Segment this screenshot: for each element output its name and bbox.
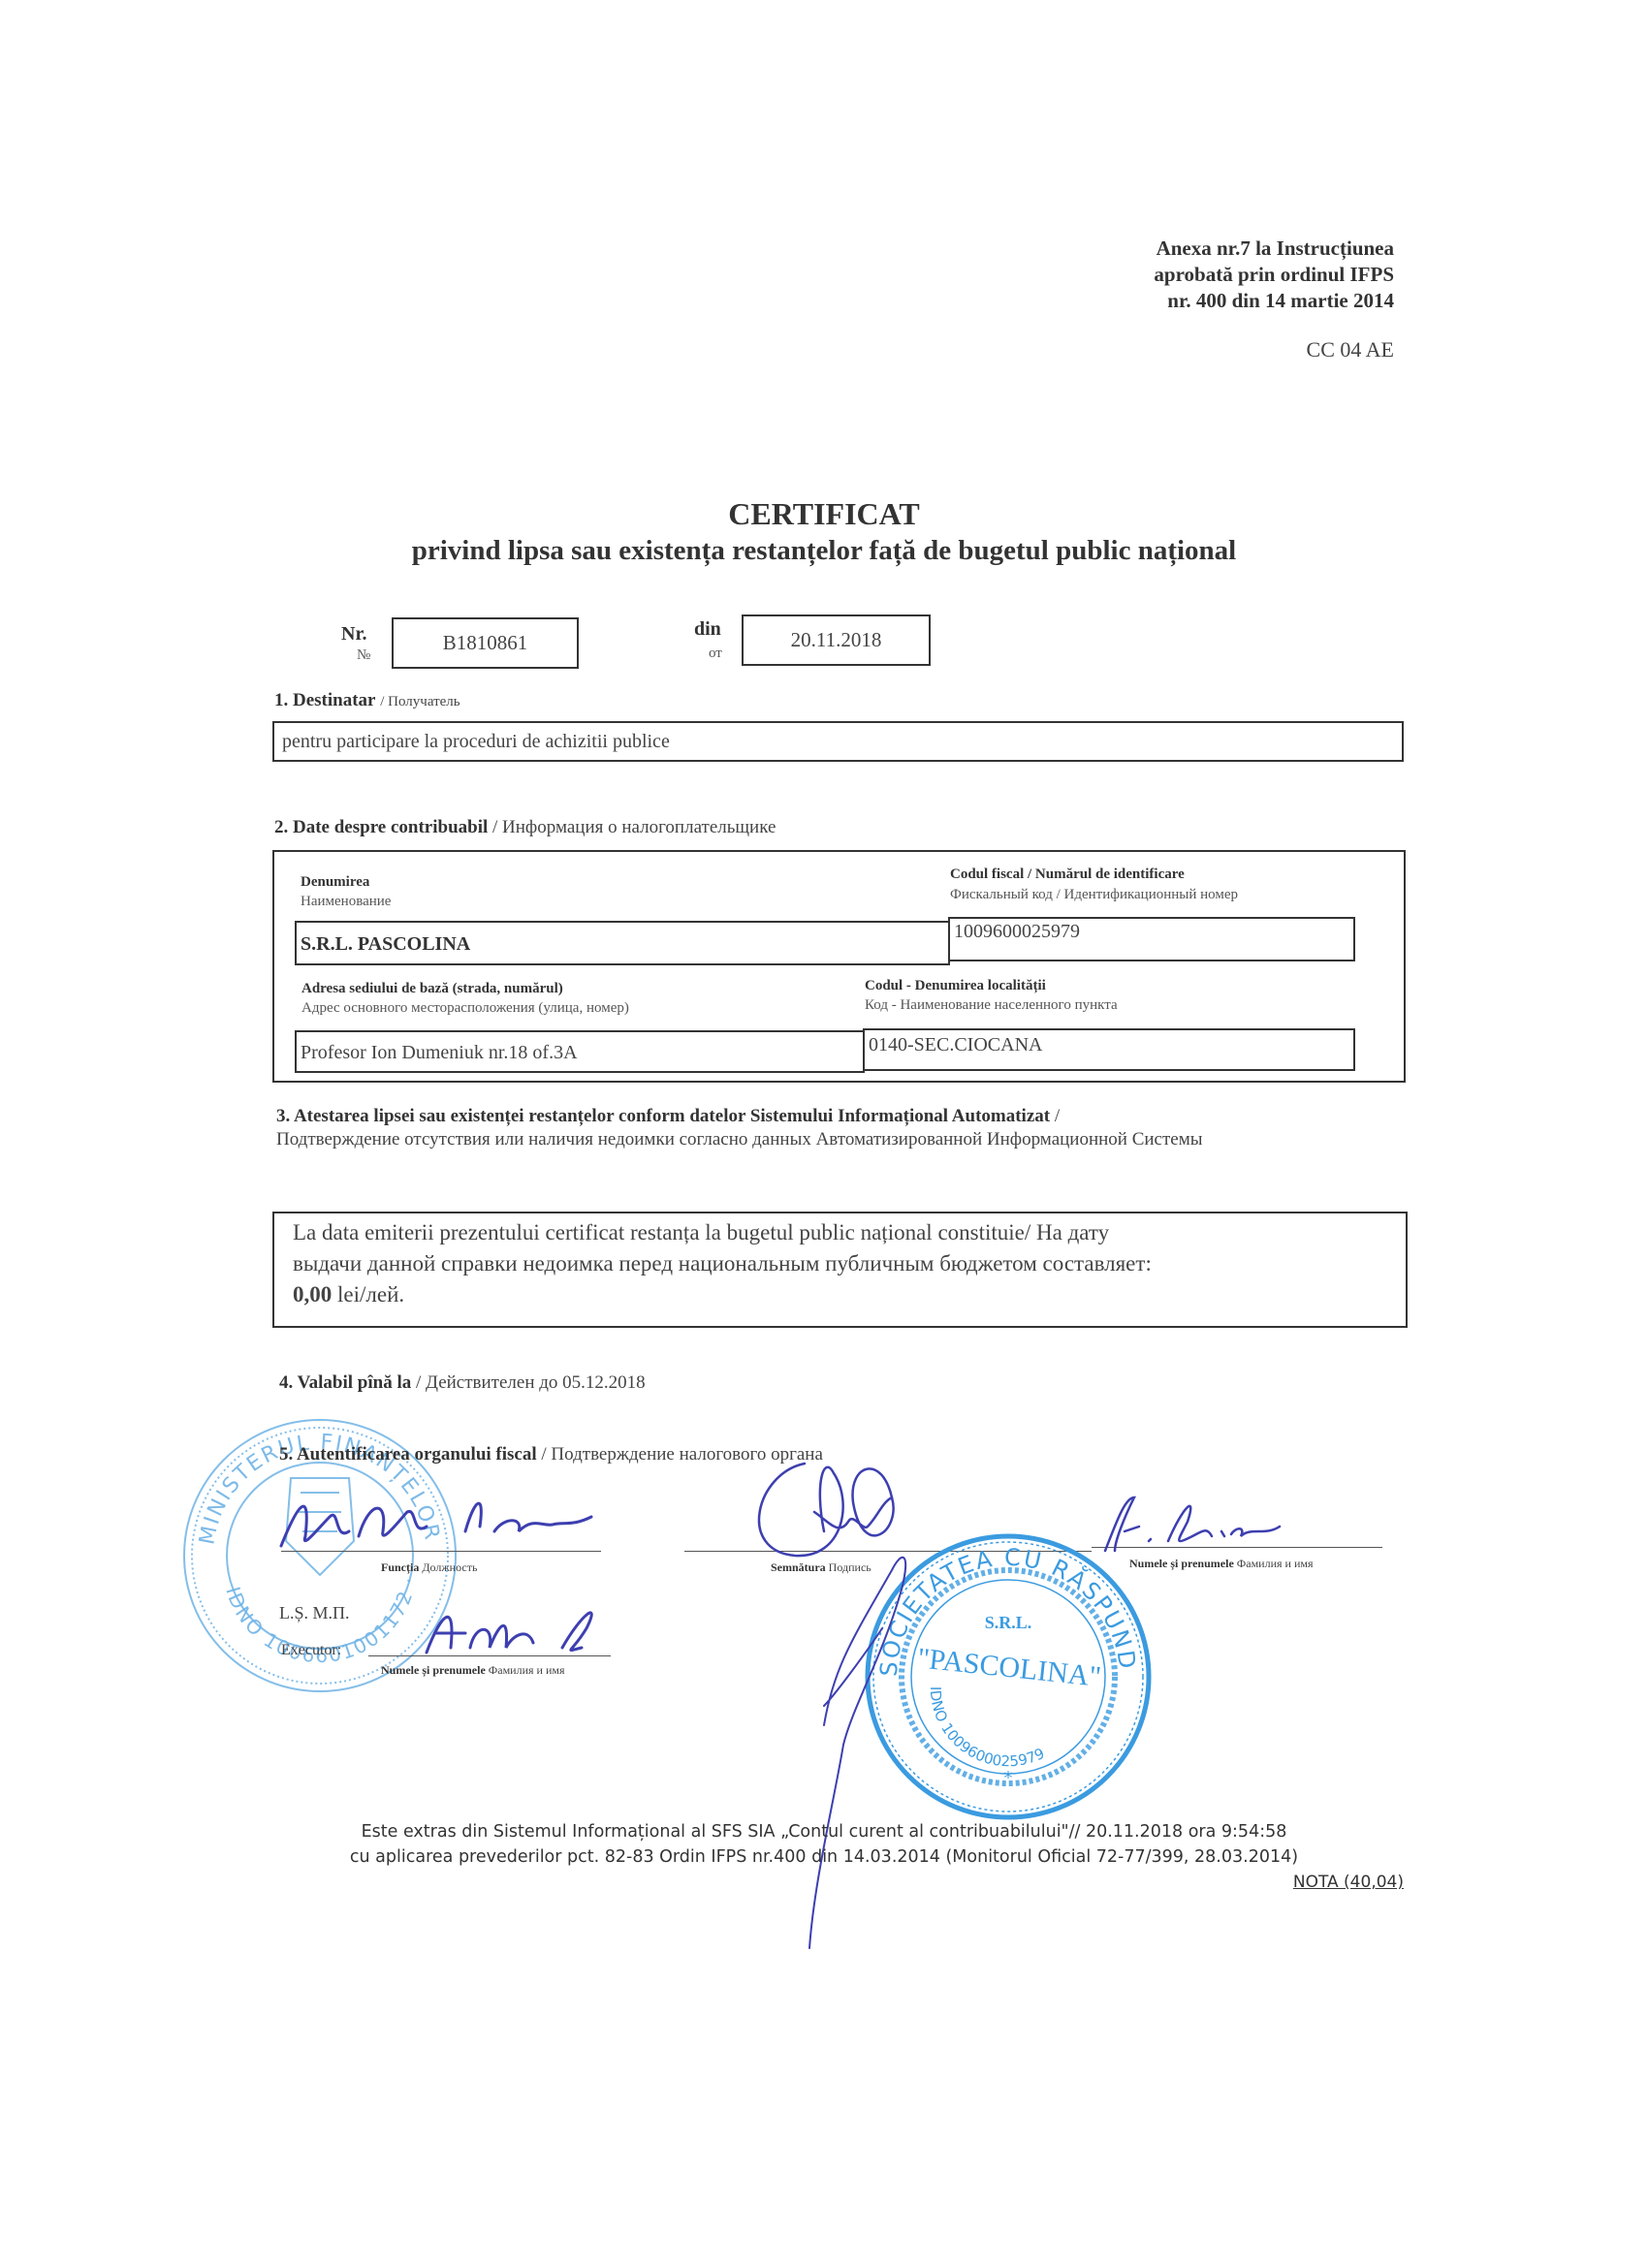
- footer-line-2: cu aplicarea prevederilor pct. 82-83 Ord…: [0, 1847, 1648, 1867]
- company-stamp-signature: [795, 1512, 950, 1958]
- section-2-title: 2. Date despre contribuabil: [274, 817, 488, 837]
- locality-box: 0140-SEC.CIOCANA: [863, 1028, 1355, 1071]
- locality-value: 0140-SEC.CIOCANA: [865, 1030, 1353, 1059]
- locality-label-ru: Код - Наименование населенного пункта: [865, 997, 1118, 1014]
- section-2-heading: 2. Date despre contribuabil / Информация…: [274, 817, 776, 838]
- arrears-amount: 0,00: [293, 1282, 332, 1307]
- certificate-date: 20.11.2018: [744, 616, 929, 664]
- section-1-heading: 1. Destinatar / Получатель: [274, 690, 460, 711]
- recipient-box: pentru participare la proceduri de achiz…: [272, 721, 1404, 762]
- arrears-statement-box: La data emiterii prezentului certificat …: [272, 1212, 1408, 1328]
- fiscal-code-value: 1009600025979: [950, 919, 1353, 944]
- arrears-statement: La data emiterii prezentului certificat …: [274, 1213, 1406, 1310]
- function-label-ru: Должность: [422, 1560, 477, 1574]
- document-subtitle: privind lipsa sau existența restanțelor …: [0, 535, 1648, 567]
- function-label: Funcția: [381, 1560, 419, 1574]
- name-label: Denumirea: [301, 874, 369, 891]
- section-3-title-ru: Подтверждение отсутствия или наличия нед…: [276, 1129, 1203, 1150]
- nota-reference: NOTA (40,04): [1293, 1873, 1404, 1892]
- address-label: Adresa sediului de bază (strada, numărul…: [301, 981, 563, 997]
- ls-label: L.Ș. М.П.: [279, 1603, 350, 1623]
- annex-line: nr. 400 din 14 martie 2014: [1154, 288, 1394, 314]
- section-4-heading: 4. Valabil pînă la / Действителен до 05.…: [279, 1372, 646, 1394]
- svg-text:*: *: [1004, 1768, 1013, 1788]
- svg-text:S.R.L.: S.R.L.: [985, 1613, 1032, 1632]
- valid-until: / Действителен до 05.12.2018: [416, 1372, 646, 1393]
- name-label-ru: Наименование: [301, 894, 391, 910]
- section-5-title: 5. Autentificarea organului fiscal: [279, 1444, 537, 1465]
- form-code: CC 04 AE: [1307, 337, 1394, 362]
- section-3-heading: 3. Atestarea lipsei sau existenței resta…: [276, 1105, 1420, 1151]
- arrears-currency: lei/лей.: [332, 1282, 404, 1307]
- annex-line: Anexa nr.7 la Instrucțiunea: [1154, 236, 1394, 262]
- address-value: Profesor Ion Dumeniuk nr.18 of.3A: [297, 1032, 863, 1073]
- fiscal-code-label: Codul fiscal / Numărul de identificare: [950, 866, 1185, 883]
- section-3-title: 3. Atestarea lipsei sau existenței resta…: [276, 1106, 1050, 1126]
- number-label: Nr.: [341, 623, 366, 646]
- executor-name-label-ru: Фамилия и имя: [489, 1663, 565, 1677]
- section-4-title: 4. Valabil pînă la: [279, 1372, 411, 1393]
- footer-line-1: Este extras din Sistemul Informațional a…: [0, 1822, 1648, 1842]
- annex-line: aprobată prin ordinul IFPS: [1154, 262, 1394, 288]
- section-3-sep: /: [1050, 1106, 1060, 1126]
- function-caption: Funcția Должность: [381, 1560, 477, 1575]
- section-5-heading: 5. Autentificarea organului fiscal / Под…: [279, 1444, 823, 1465]
- statement-line-1: La data emiterii prezentului certificat …: [293, 1217, 1406, 1248]
- executor-name-label: Numele și prenumele: [381, 1663, 486, 1677]
- fiscal-code-label-ru: Фискальный код / Идентификационный номер: [950, 887, 1238, 903]
- taxpayer-name: S.R.L. PASCOLINA: [297, 923, 948, 965]
- section-2-title-ru: / Информация о налогоплательщике: [492, 817, 776, 837]
- executor-name-caption: Numele și prenumele Фамилия и имя: [381, 1663, 564, 1678]
- section-1-title: 1. Destinatar: [274, 690, 375, 710]
- statement-line-2: выдачи данной справки недоимка перед нац…: [293, 1248, 1406, 1279]
- address-label-ru: Адрес основного месторасположения (улица…: [301, 1000, 629, 1017]
- fiscal-code-box: 1009600025979: [948, 917, 1355, 961]
- section-1-title-ru: / Получатель: [380, 694, 460, 709]
- certificate-number: B1810861: [394, 619, 577, 667]
- executor-label: Executor:: [281, 1642, 341, 1659]
- annex-reference: Anexa nr.7 la Instrucțiunea aprobată pri…: [1154, 236, 1394, 314]
- statement-line-3: 0,00 lei/лей.: [293, 1279, 1406, 1310]
- name-box: S.R.L. PASCOLINA: [295, 921, 950, 965]
- number-box: B1810861: [392, 617, 579, 669]
- recipient-value: pentru participare la proceduri de achiz…: [274, 723, 1402, 760]
- address-box: Profesor Ion Dumeniuk nr.18 of.3A: [295, 1030, 865, 1073]
- number-label-ru: №: [357, 647, 370, 664]
- executor-signature: [417, 1594, 611, 1662]
- date-label-ru: от: [709, 646, 722, 662]
- date-box: 20.11.2018: [742, 614, 931, 666]
- date-label: din: [694, 618, 721, 641]
- official-function-signature: [271, 1488, 611, 1556]
- document-title: CERTIFICAT: [0, 496, 1648, 532]
- locality-label: Codul - Denumirea localității: [865, 978, 1046, 994]
- name-label-ru: Фамилия и имя: [1237, 1557, 1314, 1570]
